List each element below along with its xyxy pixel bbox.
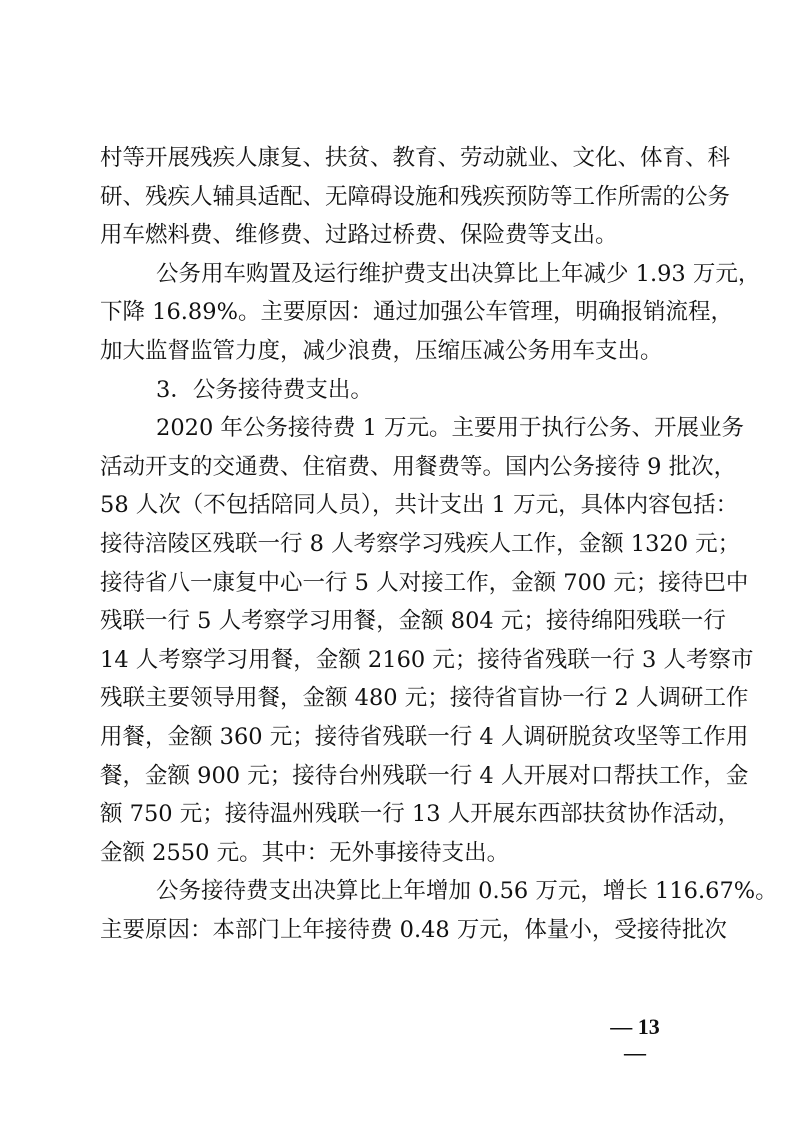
text-line: 额 750 元；接待温州残联一行 13 人开展东西部扶贫协作活动， [100, 795, 694, 834]
text-line: 公务用车购置及运行维护费支出决算比上年减少 1.93 万元， [100, 255, 694, 294]
text-line: 残联一行 5 人考察学习用餐，金额 804 元；接待绵阳残联一行 [100, 602, 694, 641]
text-line: 餐，金额 900 元；接待台州残联一行 4 人开展对口帮扶工作，金 [100, 757, 694, 796]
text-line: 残联主要领导用餐，金额 480 元；接待省盲协一行 2 人调研工作 [100, 679, 694, 718]
text-line: 14 人考察学习用餐，金额 2160 元；接待省残联一行 3 人考察市 [100, 641, 694, 680]
text-line: 2020 年公务接待费 1 万元。主要用于执行公务、开展业务 [100, 409, 694, 448]
text-line: 加大监督监管力度，减少浪费，压缩压减公务用车支出。 [100, 332, 694, 371]
page-number: — 13 — [600, 1014, 670, 1066]
paragraph-vehicle-usage-continuation: 村等开展残疾人康复、扶贫、教育、劳动就业、文化、体育、科 研、残疾人辅具适配、无… [100, 139, 694, 255]
section-heading: 3．公务接待费支出。 [100, 371, 694, 410]
text-line: 主要原因：本部门上年接待费 0.48 万元，体量小，受接待批次 [100, 911, 694, 950]
text-line: 用餐，金额 360 元；接待省残联一行 4 人调研脱贫攻坚等工作用 [100, 718, 694, 757]
text-line: 58 人次（不包括陪同人员），共计支出 1 万元，具体内容包括： [100, 486, 694, 525]
paragraph-vehicle-cost-change: 公务用车购置及运行维护费支出决算比上年减少 1.93 万元， 下降 16.89%… [100, 255, 694, 371]
text-line: 村等开展残疾人康复、扶贫、教育、劳动就业、文化、体育、科 [100, 139, 694, 178]
text-line: 活动开支的交通费、住宿费、用餐费等。国内公务接待 9 批次， [100, 448, 694, 487]
document-body: 村等开展残疾人康复、扶贫、教育、劳动就业、文化、体育、科 研、残疾人辅具适配、无… [100, 139, 694, 949]
paragraph-reception-cost-change: 公务接待费支出决算比上年增加 0.56 万元，增长 116.67%。 主要原因：… [100, 872, 694, 949]
paragraph-reception-detail: 2020 年公务接待费 1 万元。主要用于执行公务、开展业务 活动开支的交通费、… [100, 409, 694, 872]
text-line: 下降 16.89%。主要原因：通过加强公车管理，明确报销流程， [100, 293, 694, 332]
section-heading-reception-expense: 3．公务接待费支出。 [100, 371, 694, 410]
text-line: 接待省八一康复中心一行 5 人对接工作，金额 700 元；接待巴中 [100, 564, 694, 603]
text-line: 公务接待费支出决算比上年增加 0.56 万元，增长 116.67%。 [100, 872, 694, 911]
text-line: 接待涪陵区残联一行 8 人考察学习残疾人工作，金额 1320 元； [100, 525, 694, 564]
text-line: 用车燃料费、维修费、过路过桥费、保险费等支出。 [100, 216, 694, 255]
text-line: 金额 2550 元。其中：无外事接待支出。 [100, 834, 694, 873]
text-line: 研、残疾人辅具适配、无障碍设施和残疾预防等工作所需的公务 [100, 178, 694, 217]
